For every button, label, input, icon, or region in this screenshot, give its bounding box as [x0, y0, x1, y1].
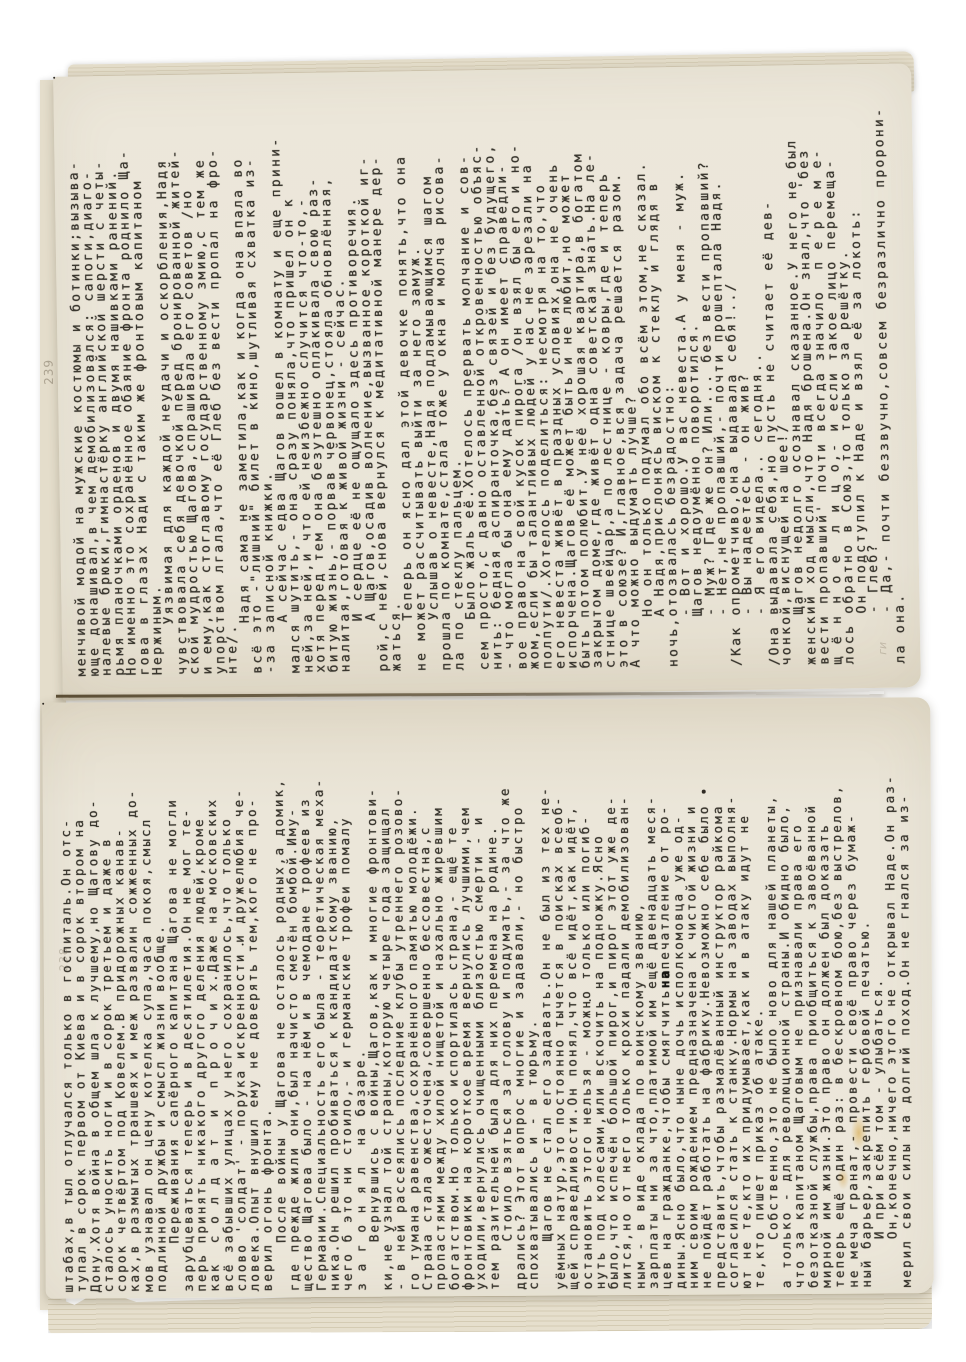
book-page-left: штабах,в тыл отлучался только в госпитал… [42, 697, 934, 1298]
open-book: менчивой модой на мужские костюмы и боти… [0, 0, 966, 1362]
pencil-page-number: 239 [42, 359, 56, 385]
handwritten-ink-correction: на [658, 969, 673, 989]
ink-specks [53, 77, 55, 79]
typewritten-text: штабах,в тыл отлучался только в госпитал… [58, 739, 912, 1292]
paper-stain [837, 1168, 849, 1190]
book-page-right: менчивой модой на мужские костюмы и боти… [53, 63, 921, 700]
paper-stain [851, 1116, 867, 1150]
pencil-page-number: 238 [57, 947, 70, 971]
photo-background: менчивой модой на мужские костюмы и боти… [0, 0, 966, 1362]
pencil-scribble-mark: ги [876, 642, 889, 655]
rotated-text-area: штабах,в тыл отлучался только в госпитал… [58, 739, 917, 1292]
rotated-text-area: менчивой модой на мужские костюмы и боти… [67, 78, 908, 676]
ink-specks [42, 703, 44, 705]
typewritten-text: менчивой модой на мужские костюмы и боти… [67, 78, 907, 676]
